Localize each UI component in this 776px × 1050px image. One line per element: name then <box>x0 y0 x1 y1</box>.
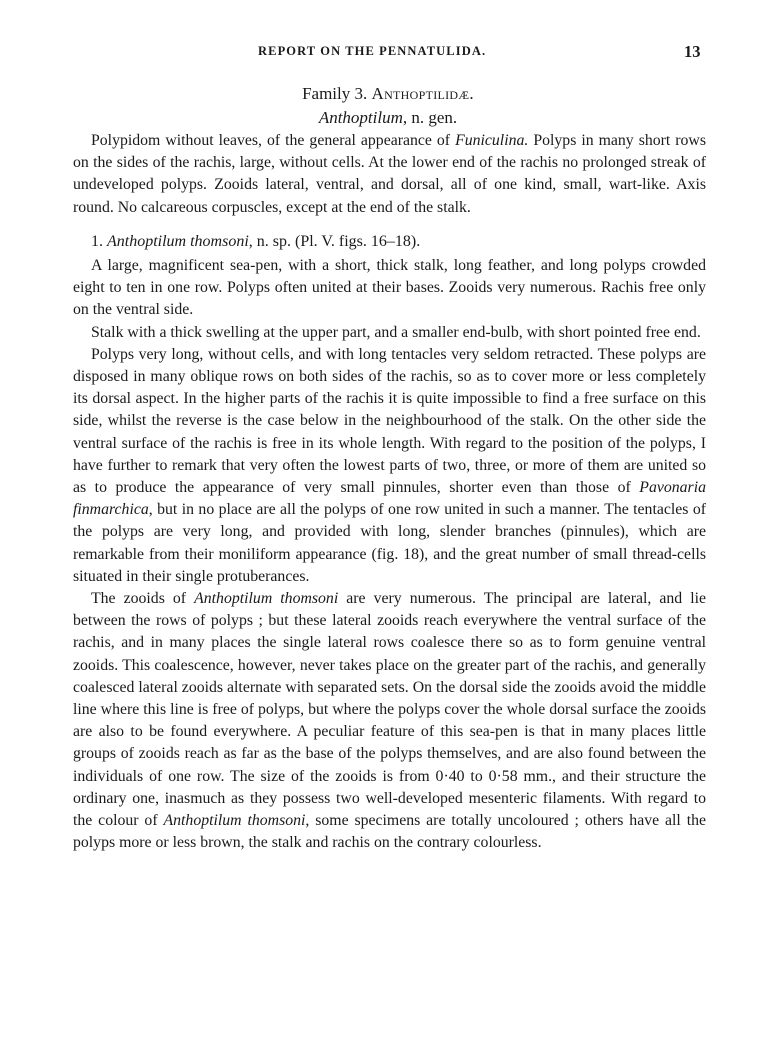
text-run: , but in no place are all the polyps of … <box>73 501 706 585</box>
paragraph-polyps: Polyps very long, without cells, and wit… <box>73 344 706 588</box>
genus-description: Polypidom without leaves, of the general… <box>73 130 706 219</box>
running-head: REPORT ON THE PENNATULIDA. 13 <box>0 44 776 64</box>
family-name: Anthoptilidæ. <box>372 84 474 103</box>
running-title: REPORT ON THE PENNATULIDA. <box>258 44 486 59</box>
page-number: 13 <box>684 42 701 62</box>
italic-taxon: Anthoptilum thomsoni <box>194 590 338 607</box>
paragraph-stalk: Stalk with a thick swelling at the upper… <box>73 322 706 344</box>
genus-suffix: , n. gen. <box>403 108 457 127</box>
paragraph-zooids: The zooids of Anthoptilum thomsoni are v… <box>73 588 706 854</box>
text-run: are very numerous. The principal are lat… <box>73 590 706 829</box>
text-run: Polyps very long, without cells, and wit… <box>73 346 706 496</box>
species-name: Anthoptilum thomsoni <box>107 233 249 250</box>
italic-taxon: Funiculina. <box>455 132 528 149</box>
species-number: 1. <box>91 233 107 250</box>
species-description: A large, magnificent sea-pen, with a sho… <box>73 255 706 854</box>
text-run: The zooids of <box>91 590 194 607</box>
family-heading: Family 3. Anthoptilidæ. <box>0 84 776 104</box>
genus-heading: Anthoptilum, n. gen. <box>0 108 776 128</box>
paragraph-overview: A large, magnificent sea-pen, with a sho… <box>73 255 706 322</box>
species-heading: 1. Anthoptilum thomsoni, n. sp. (Pl. V. … <box>91 233 420 251</box>
italic-taxon: Anthoptilum thomsoni <box>163 812 305 829</box>
family-label: Family 3. <box>302 84 371 103</box>
text-run: Polypidom without leaves, of the general… <box>91 132 455 149</box>
species-suffix: , n. sp. (Pl. V. figs. 16–18). <box>249 233 420 250</box>
genus-description-paragraph: Polypidom without leaves, of the general… <box>73 130 706 219</box>
genus-name: Anthoptilum <box>319 108 403 127</box>
